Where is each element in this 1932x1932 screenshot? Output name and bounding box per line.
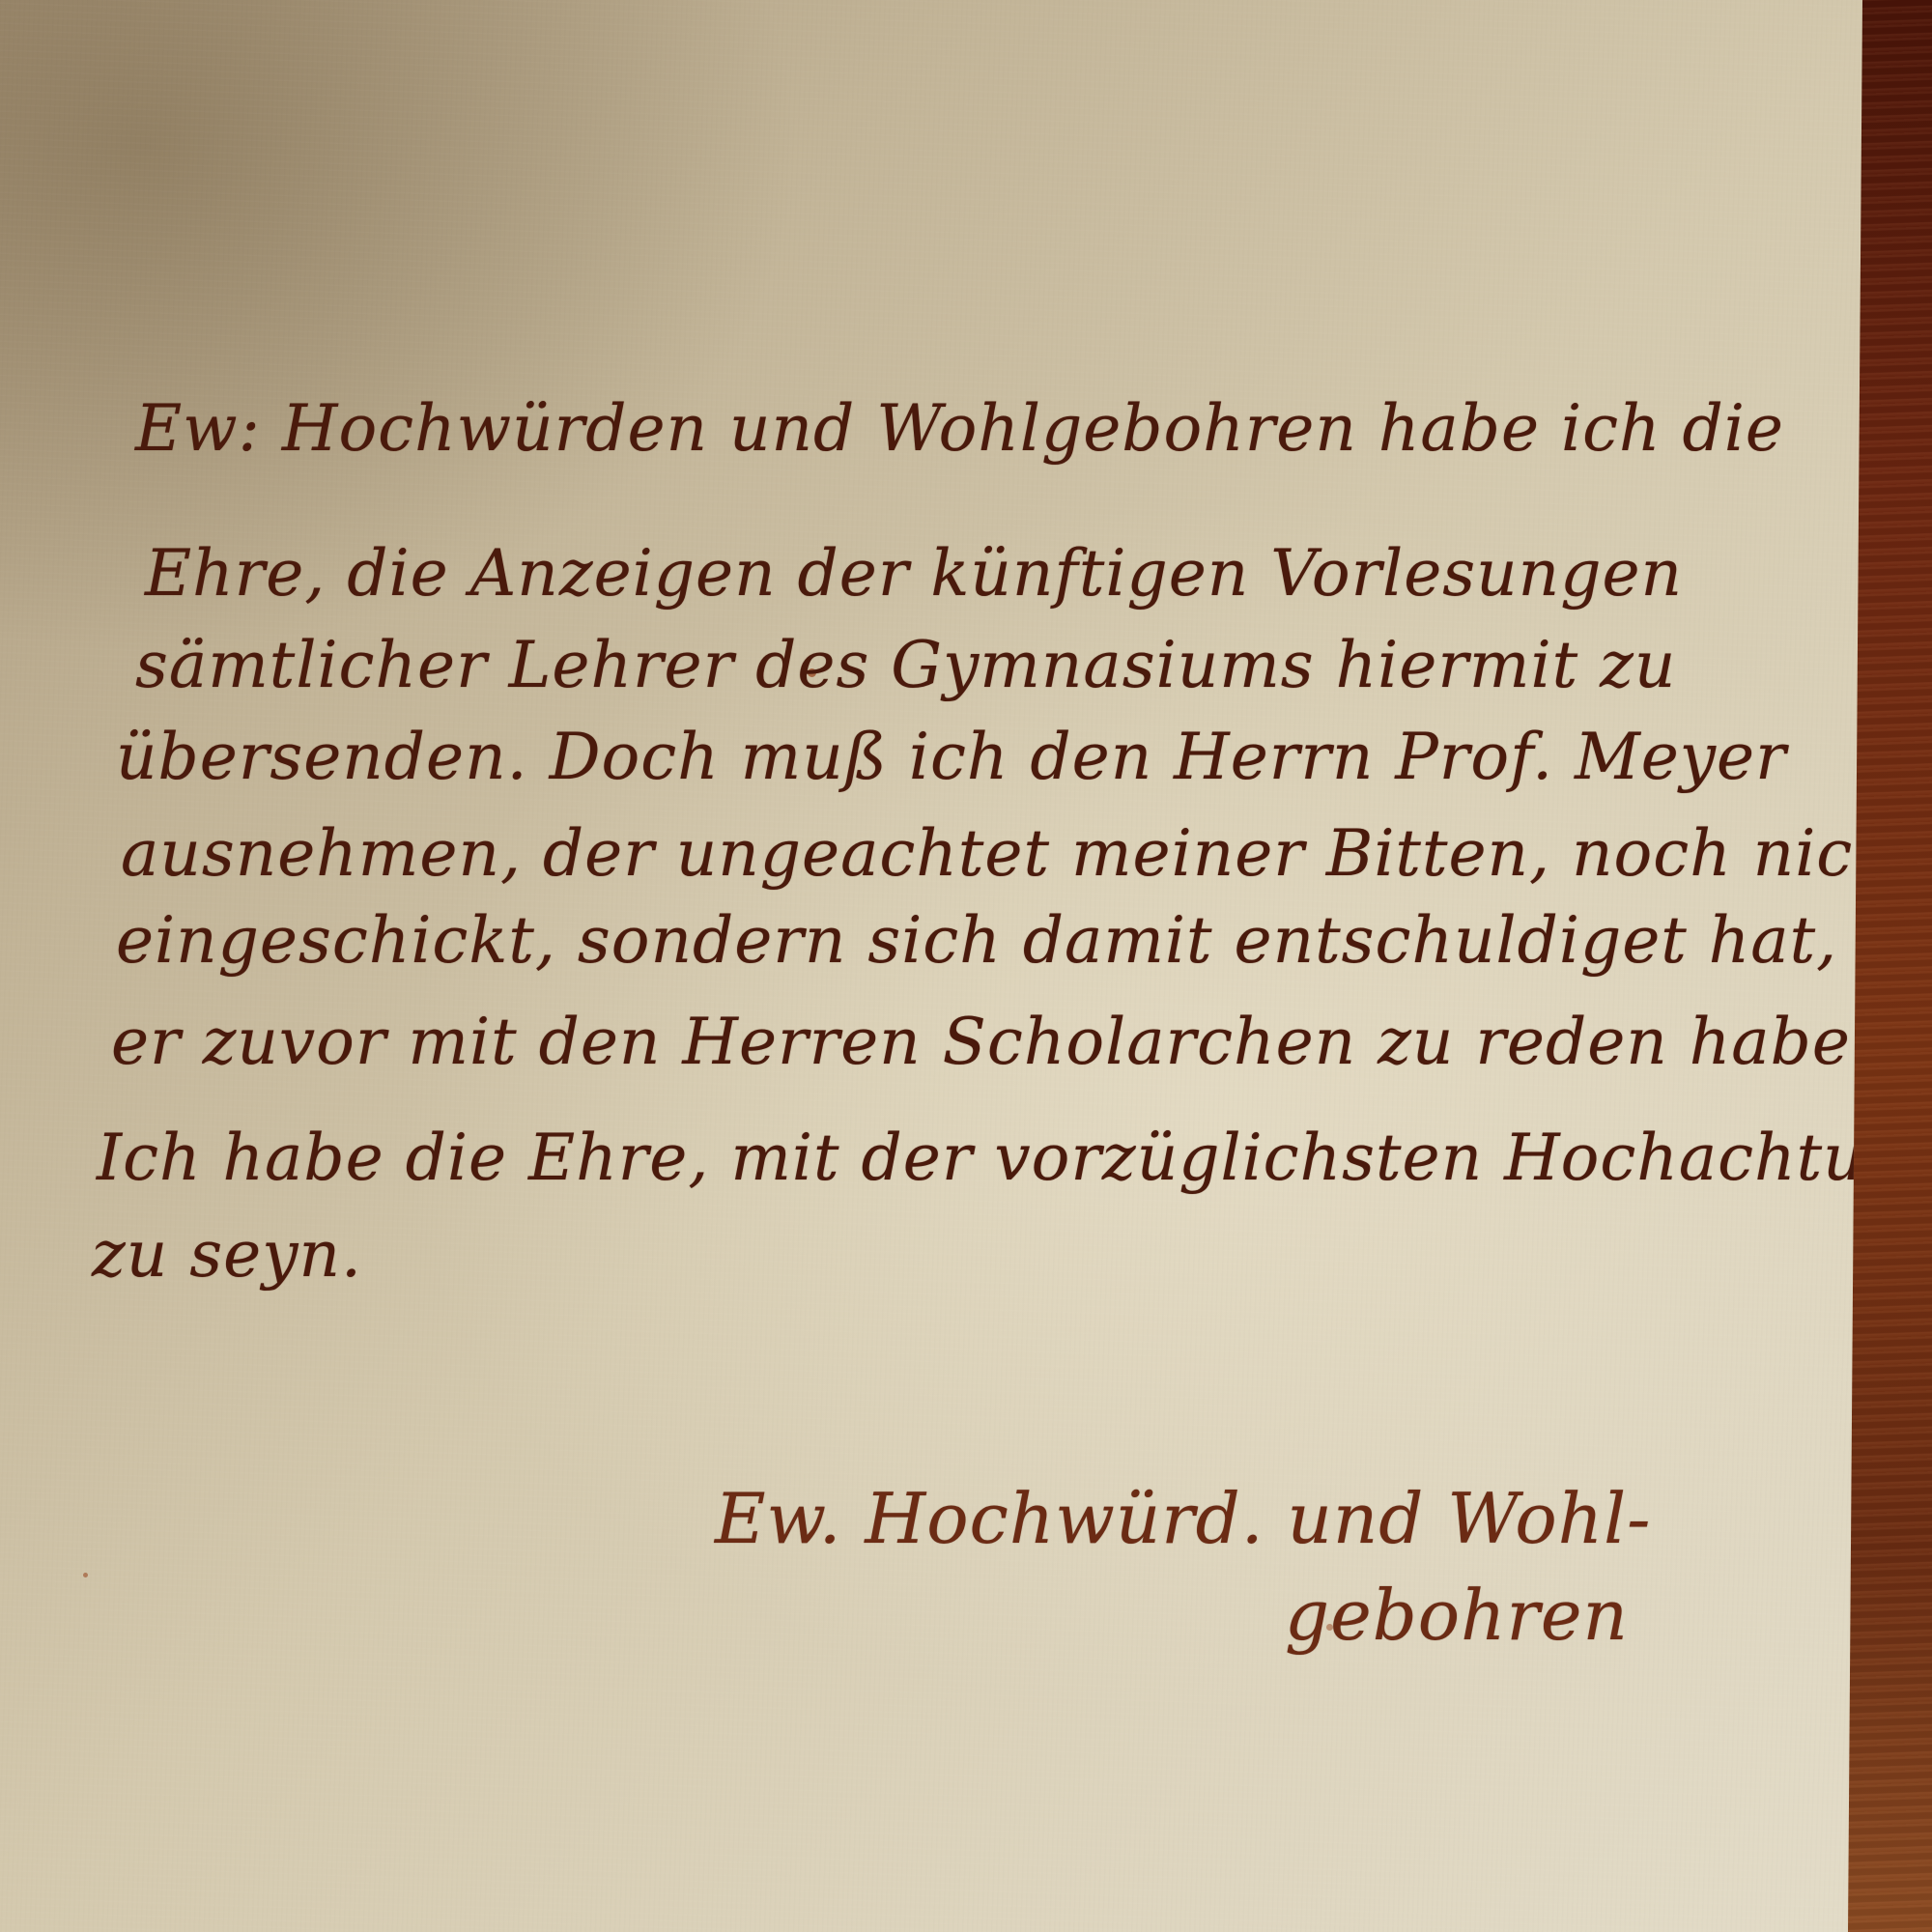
letter-line-4: übersenden. Doch muß ich den Herrn Prof.…: [116, 720, 1787, 794]
letter-body: Ew: Hochwürden und Wohlgebohren habe ich…: [0, 0, 1862, 1932]
letter-line-2: Ehre, die Anzeigen der künftigen Vorlesu…: [145, 536, 1683, 611]
letter-line-1: Ew: Hochwürden und Wohlgebohren habe ich…: [135, 391, 1784, 466]
letter-line-8: Ich habe die Ehre, mit der vorzüglichste…: [97, 1121, 1932, 1195]
letter-line-7: er zuvor mit den Herren Scholarchen zu r…: [111, 1005, 1872, 1079]
letter-line-6: eingeschickt, sondern sich damit entschu…: [116, 903, 1932, 978]
letter-paper: Ew: Hochwürden und Wohlgebohren habe ich…: [0, 0, 1932, 1932]
letter-line-3: sämtlicher Lehrer des Gymnasiums hiermit…: [135, 628, 1676, 702]
letter-line-9: zu seyn.: [92, 1217, 362, 1292]
closing-line-2: gebohren: [1285, 1575, 1629, 1656]
letter-line-5: ausnehmen, der ungeachtet meiner Bitten,…: [121, 816, 1932, 891]
closing-line-1: Ew. Hochwürd. und Wohl-: [715, 1478, 1651, 1559]
